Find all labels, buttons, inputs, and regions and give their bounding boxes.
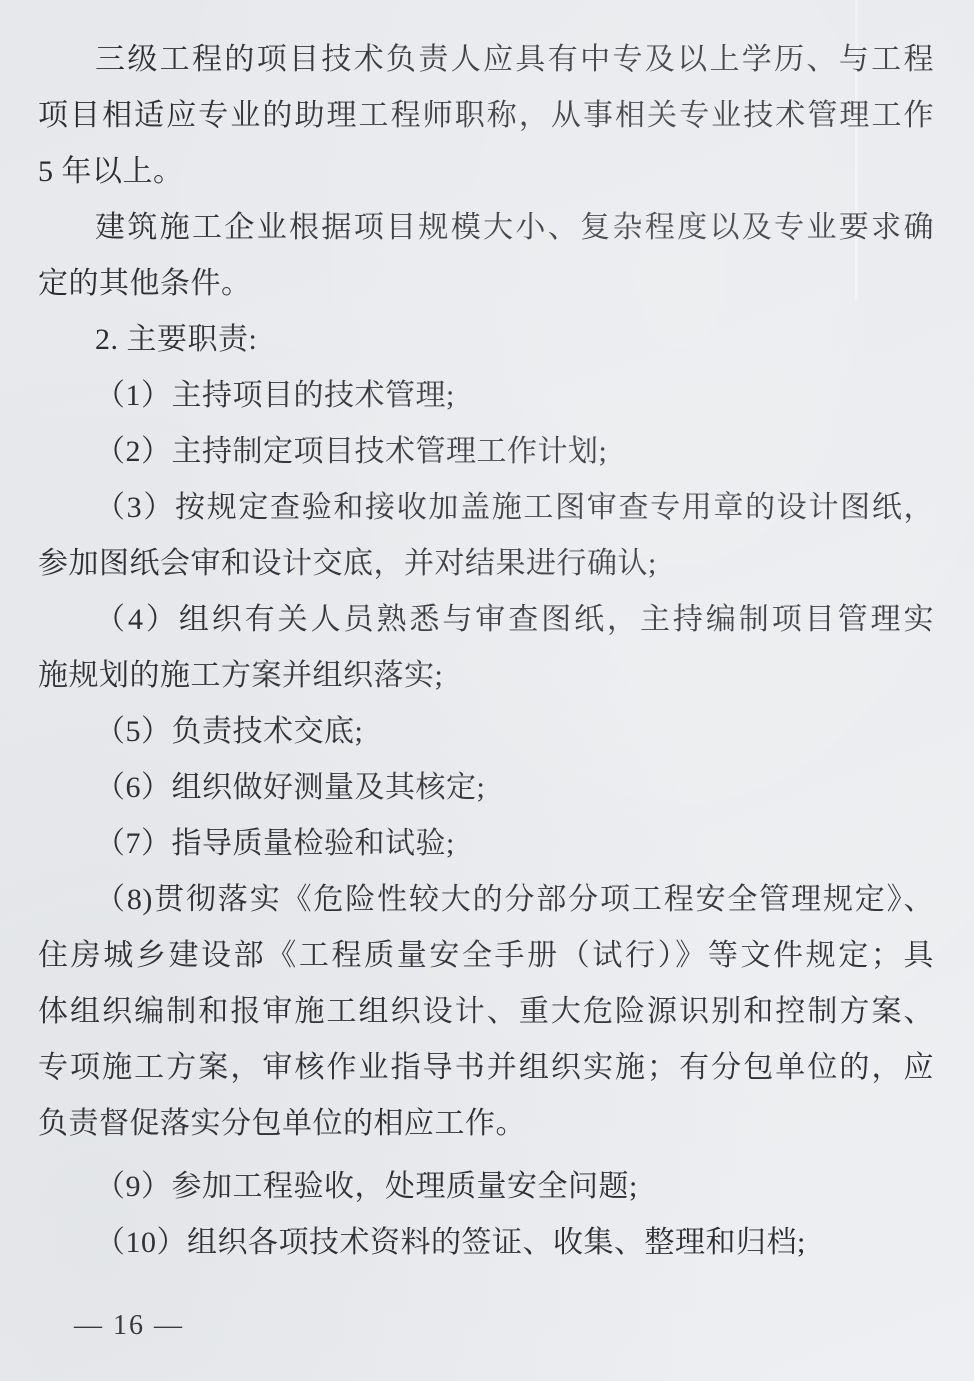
- text-line: （6）组织做好测量及其核定;: [38, 760, 934, 816]
- text-line: （4）组织有关人员熟悉与审查图纸，主持编制项目管理实: [38, 592, 934, 648]
- text-line: 建筑施工企业根据项目规模大小、复杂程度以及专业要求确: [38, 200, 934, 256]
- text-line: （5）负责技术交底;: [38, 704, 934, 760]
- text-line: 项目相适应专业的助理工程师职称，从事相关专业技术管理工作: [38, 88, 934, 144]
- document-body: 三级工程的项目技术负责人应具有中专及以上学历、与工程项目相适应专业的助理工程师职…: [38, 32, 934, 1271]
- text-line: 体组织编制和报审施工组织设计、重大危险源识别和控制方案、: [38, 984, 934, 1040]
- text-line: 住房城乡建设部《工程质量安全手册（试行）》等文件规定；具: [38, 928, 934, 984]
- text-line: 三级工程的项目技术负责人应具有中专及以上学历、与工程: [38, 32, 934, 88]
- text-line: 负责督促落实分包单位的相应工作。: [38, 1096, 934, 1152]
- text-line: 施规划的施工方案并组织落实;: [38, 648, 934, 704]
- page-number: — 16 —: [38, 1305, 934, 1347]
- text-line: 定的其他条件。: [38, 256, 934, 312]
- text-line: 2. 主要职责:: [38, 312, 934, 368]
- text-line: 5 年以上。: [38, 144, 934, 200]
- text-line: （10）组织各项技术资料的签证、收集、整理和归档;: [38, 1215, 934, 1271]
- text-line: （7）指导质量检验和试验;: [38, 816, 934, 872]
- text-line: （8)贯彻落实《危险性较大的分部分项工程安全管理规定》、: [38, 872, 934, 928]
- text-line: （2）主持制定项目技术管理工作计划;: [38, 424, 934, 480]
- text-line: （3）按规定查验和接收加盖施工图审查专用章的设计图纸，: [38, 480, 934, 536]
- text-line: （9）参加工程验收，处理质量安全问题;: [38, 1159, 934, 1215]
- text-line: 参加图纸会审和设计交底，并对结果进行确认;: [38, 536, 934, 592]
- text-line: 专项施工方案，审核作业指导书并组织实施；有分包单位的，应: [38, 1040, 934, 1096]
- text-line: （1）主持项目的技术管理;: [38, 368, 934, 424]
- document-page: 三级工程的项目技术负责人应具有中专及以上学历、与工程项目相适应专业的助理工程师职…: [0, 0, 974, 1381]
